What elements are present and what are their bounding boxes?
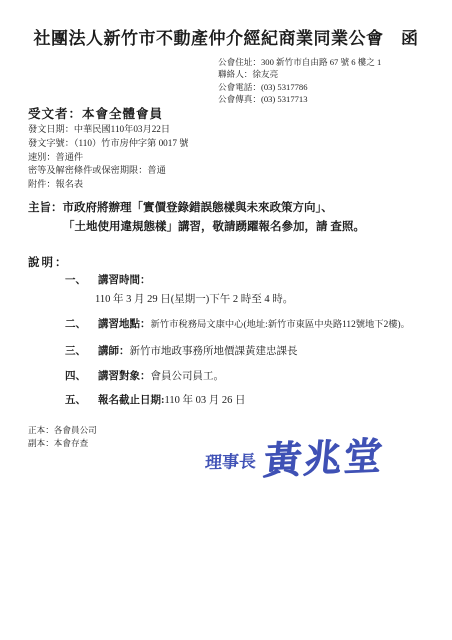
association-contact-block: 公會住址：300 新竹市自由路 67 號 6 樓之 1 聯絡人：徐友亮 公會電話… — [218, 56, 381, 106]
explanation-item-4: 四、講習對象：會員公司員工。 — [65, 368, 224, 383]
explanation-heading: 說明： — [28, 254, 69, 270]
subject-line-2: 「土地使用違規態樣」講習，敬請踴躍報名參加，請 查照。 — [28, 218, 365, 237]
item-4-label: 講習對象： — [98, 371, 151, 382]
item-2-label: 講習地點： — [98, 319, 151, 330]
delivery-speed: 速別：普通件 — [28, 151, 188, 165]
official-letter-page: 社團法人新竹市不動產仲介經紀商業同業公會 函 公會住址：300 新竹市自由路 6… — [0, 0, 452, 640]
item-5-text: 110 年 03 月 26 日 — [165, 395, 246, 406]
subject-line-1: 主旨：市政府將辦理「實價登錄錯誤態樣與未來政策方向」、 — [28, 199, 365, 218]
document-title: 社團法人新竹市不動產仲介經紀商業同業公會 函 — [0, 24, 452, 49]
item-5-label: 報名截止日期: — [98, 395, 165, 406]
explanation-item-2: 二、講習地點：新竹市稅務局文康中心(地址:新竹市東區中央路112號地下2樓)。 — [65, 316, 410, 331]
contact-person: 聯絡人：徐友亮 — [218, 68, 381, 80]
document-meta-block: 發文日期：中華民國110年03月22日 發文字號：（110）竹市房仲字第 001… — [28, 123, 188, 192]
explanation-item-5: 五、報名截止日期:110 年 03 月 26 日 — [65, 392, 246, 407]
duplicate-copy-line: 副本：本會存查 — [28, 437, 97, 450]
original-copy-line: 正本：各會員公司 — [28, 424, 97, 437]
issue-date: 發文日期：中華民國110年03月22日 — [28, 123, 188, 137]
association-fax: 公會傳真：(03) 5317713 — [218, 93, 381, 105]
chairman-title: 理事長 — [205, 447, 257, 473]
item-3-text: 新竹市地政事務所地價課黃建忠課長 — [130, 346, 298, 357]
explanation-item-1: 一、講習時間： — [65, 272, 151, 287]
item-2-text: 新竹市稅務局文康中心(地址:新竹市東區中央路112號地下2樓)。 — [151, 320, 410, 330]
item-3-label: 講師： — [98, 346, 130, 357]
copies-block: 正本：各會員公司 副本：本會存查 — [28, 424, 97, 449]
chairman-name-calligraphy: 黃兆堂 — [261, 425, 387, 485]
item-3-number: 三、 — [65, 346, 86, 357]
item-4-text: 會員公司員工。 — [151, 371, 225, 382]
attachment-line: 附件：報名表 — [28, 178, 188, 192]
issue-number: 發文字號：（110）竹市房仲字第 0017 號 — [28, 137, 188, 151]
association-phone: 公會電話：(03) 5317786 — [218, 81, 381, 93]
subject-section: 主旨：市政府將辦理「實價登錄錯誤態樣與未來政策方向」、 「土地使用違規態樣」講習… — [28, 199, 365, 237]
secrecy-level: 密等及解密條件或保密期限：普通 — [28, 164, 188, 178]
recipient-line: 受文者：本會全體會員 — [28, 104, 163, 122]
association-address: 公會住址：300 新竹市自由路 67 號 6 樓之 1 — [218, 56, 381, 68]
chairman-signature-stamp: 理事長 黃兆堂 — [204, 426, 384, 486]
explanation-item-3: 三、講師：新竹市地政事務所地價課黃建忠課長 — [65, 343, 298, 358]
item-1-time-line: 110 年 3 月 29 日(星期一)下午 2 時至 4 時。 — [95, 291, 293, 306]
item-5-number: 五、 — [65, 395, 86, 406]
item-4-number: 四、 — [65, 371, 86, 382]
item-1-label: 講習時間： — [98, 275, 151, 286]
item-1-number: 一、 — [65, 275, 86, 286]
item-2-number: 二、 — [65, 319, 86, 330]
